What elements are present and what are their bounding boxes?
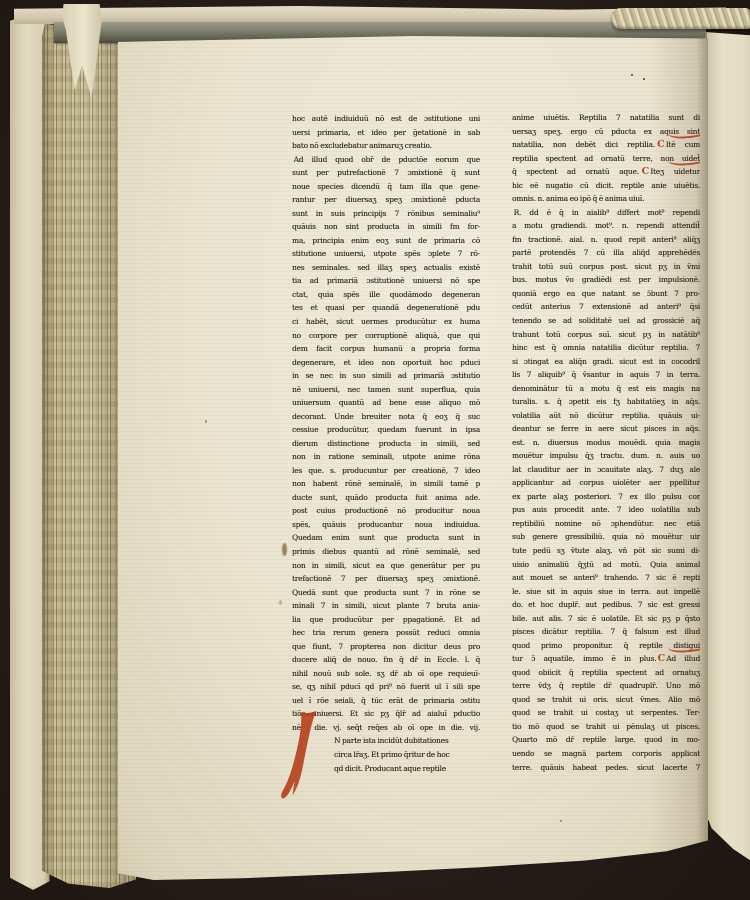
text-line: quod obiicit q̄ reptilia spectent ad orn… bbox=[512, 666, 700, 680]
text-line: ci habēt, sicut uermes producūtur ex hum… bbox=[292, 315, 480, 329]
text-line: trahit totū suū corpus post. sicut pʒ in… bbox=[512, 260, 700, 274]
text-line: quāuis non sint producta in simili fm fo… bbox=[292, 220, 480, 234]
text-line: si ɔtingat ea aliq̄n gradi. sicut est in… bbox=[512, 355, 700, 369]
text-line: q̄ spectent ad ornatū aque. CIteʒ uidetu… bbox=[512, 165, 700, 179]
text-line: degenerare, et ideo non oportuit hoc pdu… bbox=[292, 356, 480, 370]
text-line: fm tractionē. aial. n. quod repit anteri… bbox=[512, 233, 700, 247]
text-line: Quedā sunt que producta sunt 7 in rōne s… bbox=[292, 586, 480, 600]
text-line: a motu gradiendi. mot⁹. n. rependi atten… bbox=[512, 219, 700, 233]
facing-page-edge bbox=[705, 32, 750, 870]
text-line: pus auis procedit ante. 7 ideo uolatilia… bbox=[512, 503, 700, 517]
text-line: stitutione uniuersi, utpote spēs ɔplete … bbox=[292, 247, 480, 261]
text-line: natatilia, non debēt dici reptilia. CItē… bbox=[512, 138, 700, 152]
text-line: non in ratione seminali, utpote anime rō… bbox=[292, 450, 480, 464]
text-line: nē ī die. vj. seq̄t req̄es ab oī ope in … bbox=[292, 721, 480, 735]
text-line: uel ī rōe seiali, q̄ tūc erāt de primari… bbox=[292, 694, 480, 708]
text-line: noue species dicendū q̄ tam illa que gen… bbox=[292, 180, 480, 194]
text-line: tute pedū sʒ v̄tute alaʒ. vn̄ pōt sic su… bbox=[512, 544, 700, 558]
text-line: tes et quasi per quandā degenerationē pd… bbox=[292, 301, 480, 315]
red-initial-I bbox=[280, 710, 318, 808]
text-line: non in simili, sicut ea que generātur pe… bbox=[292, 559, 480, 573]
text-line: terre v̄dʒ q̄ reptile dr̄ quadruplr̄. Un… bbox=[512, 679, 700, 693]
text-line: lat clauditur aer in ɔcauitate alaʒ. 7 d… bbox=[512, 463, 700, 477]
headband bbox=[612, 8, 750, 29]
text-line: in se nec in suo simili ad primariā ɔsti… bbox=[292, 369, 480, 383]
text-line: cedūt anterius 7 extensionē ad anteri⁹ q… bbox=[512, 300, 700, 314]
text-line: volatilia aūt nō dicūtur reptilia. quāui… bbox=[512, 409, 700, 423]
capitulum-mark: C bbox=[642, 166, 651, 177]
text-line: rantur per diuersaʒ speʒ ɔmixtionē pduct… bbox=[292, 193, 480, 207]
text-line: trahunt totū corpus suī. sicut pʒ in nat… bbox=[512, 328, 700, 342]
text-line: se, qʒ nihil pducī qd pri⁹ nō fuerit ul … bbox=[292, 680, 480, 694]
text-line: bus. motus v̄o gradiēdi est per impulsio… bbox=[512, 273, 700, 287]
text-line: omnis. n. anima eo ipō q̄ ē anima uiuī. bbox=[512, 192, 700, 206]
text-line: N parte ista incidūt dubitationes bbox=[292, 734, 480, 748]
text-line: turalis. s. q̄ ɔpetit eis fʒ habitatōeʒ … bbox=[512, 395, 700, 409]
text-line: le. siue sit in aquis siue in terra. aut… bbox=[512, 585, 700, 599]
text-line: terre. quāuis habeat pedes. sicut lacert… bbox=[512, 761, 700, 775]
text-line-with-rubric-flourish: uersaʒ speʒ. ergo cū pducta ex aquis sin… bbox=[512, 125, 700, 139]
capitulum-mark: C bbox=[512, 207, 514, 218]
text-line: que fiunt, 7 propterea non dicitur deus … bbox=[292, 640, 480, 654]
text-line: hinc est q̄ omnia natatilia dicūtur rept… bbox=[512, 341, 700, 355]
text-line: tur ɔ̄ aquatile. immo ē in plus. CAd ill… bbox=[512, 652, 700, 666]
text-line: ducte sunt, quādo producta fuit anima ad… bbox=[292, 491, 480, 505]
text-line: uersi primaria, et ideo per ḡetationē in… bbox=[292, 126, 480, 140]
text-line: ducere aliq̄ de nouo. fm q̄ dr̄ in Eccle… bbox=[292, 653, 480, 667]
text-line: sunt per putrefactionē 7 ɔmixtionē q̄ su… bbox=[292, 166, 480, 180]
text-line: minali 7 in simili, sicut plante 7 bruta… bbox=[292, 599, 480, 613]
text-line: anime uiuētis. Reptilia 7 natatilia sunt… bbox=[512, 111, 700, 125]
text-line: uniuersum quantū ad bene esse aliquo mō bbox=[292, 396, 480, 410]
text-line: dem facit corpus humanū a propria forma bbox=[292, 342, 480, 356]
text-line: qd dicit. Producant aque reptile bbox=[292, 762, 480, 776]
capitulum-mark: C bbox=[658, 653, 667, 664]
text-line: nē uniuersi, nec tamen sunt superflua, q… bbox=[292, 383, 480, 397]
text-line: applicantur ad corpus uiolēter aer ppell… bbox=[512, 476, 700, 490]
text-line: do. et hoc duplr̄. aut pedibus. 7 sic es… bbox=[512, 598, 700, 612]
text-line: quod se trahit ui oris. sicut v̄mes. Ali… bbox=[512, 693, 700, 707]
text-line: uendo se magnā partem corporis applicat bbox=[512, 747, 700, 761]
text-line: hec tria rerum genera possūt reduci omni… bbox=[292, 626, 480, 640]
photo-background: { "page": { "background_color": "#271e18… bbox=[0, 0, 750, 900]
text-line: hic eē nugatio cū dicit. reptile anie ui… bbox=[512, 179, 700, 193]
text-line: pisces dicātur reptilia. 7 q̄ falsum est… bbox=[512, 625, 700, 639]
text-line: primis diebus quantū ad rōnē seminalē, s… bbox=[292, 545, 480, 559]
ink-speck bbox=[560, 820, 562, 822]
text-line: tio mō quod se trahit ui pēnulaʒ ut pisc… bbox=[512, 720, 700, 734]
text-line: decorant. Unde breuiter nota q̄ eoʒ q̄ s… bbox=[292, 410, 480, 424]
text-line: cessiue producūtur, quedam fuerunt in ip… bbox=[292, 423, 480, 437]
text-column-right: anime uiuētis. Reptilia 7 natatilia sunt… bbox=[512, 111, 700, 775]
text-line: aut mouet se anteri⁹ trahendo. 7 sic ē r… bbox=[512, 571, 700, 585]
text-line: spēs, quāuis producantur noua indiuidua. bbox=[292, 518, 480, 532]
text-line: ma, principia enim eoʒ sunt de primaria … bbox=[292, 234, 480, 248]
text-line: partē protendēs 7 cū illa aliq̄d apprehē… bbox=[512, 246, 700, 260]
text-line: ex parte alaʒ posteriori. 7 ex illo puls… bbox=[512, 490, 700, 504]
text-line: reptibiliū nomine nō ɔphendūtur. nec eti… bbox=[512, 517, 700, 531]
text-line: lis 7 aliquib⁹ q̄ v̄santur in aquis 7 in… bbox=[512, 368, 700, 382]
text-line: uisio animaliū q̄ʒtū ad motū. Quia anima… bbox=[512, 558, 700, 572]
text-line: tiōe uniuersi. Et sic pʒ q̄lr̄ ad aialuī… bbox=[292, 707, 480, 721]
text-line: Quarto mō dr̄ reptile large. quod in mo- bbox=[512, 733, 700, 747]
stain bbox=[279, 600, 282, 605]
text-line: ctat, quia spēs ille quodāmodo degeneran bbox=[292, 288, 480, 302]
text-line: denominātur tū a motu q̄ est eis magis n… bbox=[512, 382, 700, 396]
text-line: les que. s. producuntur per creationē, 7… bbox=[292, 464, 480, 478]
text-line: bile. aut alis. 7 sic ē uolatile. Et sic… bbox=[512, 612, 700, 626]
text-line: trefactionē 7 per diuersaʒ speʒ ɔmixtion… bbox=[292, 572, 480, 586]
ink-speck bbox=[631, 74, 633, 76]
text-line: lia que producūtur per ppagationē. Et ad bbox=[292, 613, 480, 627]
text-line: CR. dd ē q̄ in aialib⁹ differt mot⁹ repe… bbox=[512, 206, 700, 220]
text-line: quod se trahit ui costaʒ ut serpentes. T… bbox=[512, 706, 700, 720]
text-line: mouētur impulsu q̄ʒ tractu. dum. n. auis… bbox=[512, 449, 700, 463]
text-line: no corpore per corruptionē aliquā, que q… bbox=[292, 329, 480, 343]
text-line: Quedam enim sunt que producta sunt in bbox=[292, 531, 480, 545]
capitulum-mark: C bbox=[292, 154, 294, 165]
capitulum-mark: C bbox=[657, 139, 666, 150]
ink-speck bbox=[205, 420, 207, 423]
text-line: tenendo se ad soliditatē uel ad grossici… bbox=[512, 314, 700, 328]
text-line: non habent rōnē seminalē, in simili tamē… bbox=[292, 477, 480, 491]
text-line: dierum distinctione producta in simili, … bbox=[292, 437, 480, 451]
text-line: nihil nouū sub sole. sʒ dr̄ ab oī ope re… bbox=[292, 667, 480, 681]
text-line: post cuius productionē nō producitur nou… bbox=[292, 504, 480, 518]
text-line: circa lr̄aʒ. Et primo q̄ritur de hoc bbox=[292, 748, 480, 762]
text-line: deantur se ferre in aere sicut pisces in… bbox=[512, 422, 700, 436]
text-line: hoc autē indiuiduū nō est de ɔstitutione… bbox=[292, 112, 480, 126]
text-line: bato nō excludebatur animaruʒ creatio. bbox=[292, 139, 480, 153]
text-column-left: hoc autē indiuiduū nō est de ɔstitutione… bbox=[292, 112, 480, 776]
text-line: sub genere gressibiliū. quia nō mouētur … bbox=[512, 530, 700, 544]
ink-speck bbox=[643, 78, 645, 80]
text-line-with-rubric-flourish: quod primo proponitur. q̄ reptile distig… bbox=[512, 639, 700, 653]
text-line-with-rubric-flourish: reptilia spectent ad ornatū terre, non u… bbox=[512, 152, 700, 166]
text-line: nes seminales. sed illaʒ speʒ actualis e… bbox=[292, 261, 480, 275]
text-line: quoniā ergo ea que natant se ɔ̄bunt 7 pr… bbox=[512, 287, 700, 301]
stain bbox=[282, 543, 287, 556]
text-line: est. n. diuersus modus mouēdi. quia magi… bbox=[512, 436, 700, 450]
text-line: tia ad primariā ɔstitutionē uniuersi nō … bbox=[292, 274, 480, 288]
text-line: CAd illud quod obr̄ de pductōe eorum que bbox=[292, 153, 480, 167]
text-line: sunt in suis principijs 7 rōnibus semina… bbox=[292, 207, 480, 221]
